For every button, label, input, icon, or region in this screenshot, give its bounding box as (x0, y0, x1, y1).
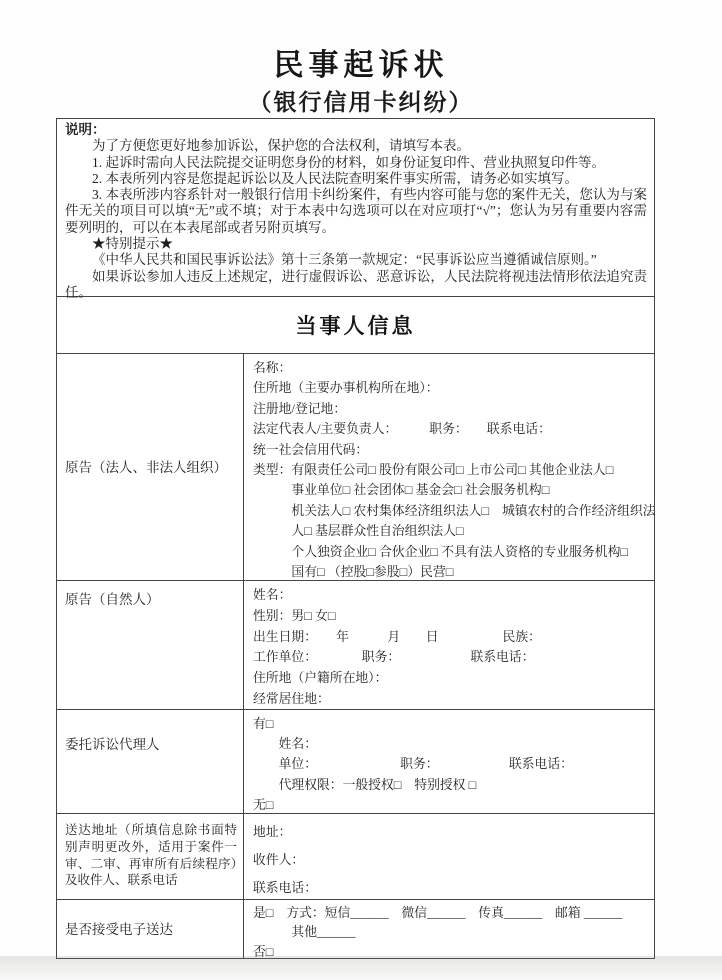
field-eservice-yes-methods: 是□ 方式：短信______ 微信______ 传真______ 邮箱 ____… (253, 904, 650, 923)
complaint-form-table: 说明： 为了方便您更好地参加诉讼，保护您的合法权利，请填写本表。 1. 起诉时需… (56, 118, 655, 959)
field-registered-address: 注册地/登记地： (253, 399, 650, 419)
special-notice-law-quote: 《中华人民共和国民事诉讼法》第十三条第一款规定：“民事诉讼应当遵循诚信原则。” (65, 252, 647, 268)
field-legal-representative: 法定代表人/主要负责人： 职务： 联系电话： (253, 419, 650, 439)
scan-shadow-artifact (0, 956, 722, 980)
field-habitual-residence: 经常居住地： (253, 689, 650, 709)
instructions-heading: 说明： (65, 122, 647, 138)
field-domicile: 住所地（主要办事机构所在地）： (253, 378, 650, 398)
row-content-electronic-service: 是□ 方式：短信______ 微信______ 传真______ 邮箱 ____… (244, 900, 654, 958)
field-eservice-other: 其他______ (253, 923, 650, 942)
section-header-party-info: 当事人信息 (57, 296, 654, 353)
field-org-type-line-4: 人□ 基层群众性自治组织法人□ (253, 521, 650, 541)
row-label-service-address: 送达地址（所填信息除书面特别声明更改外，适用于案件一审、二审、再审所有后续程序）… (57, 814, 244, 899)
row-label-litigation-agent: 委托诉讼代理人 (57, 710, 244, 813)
field-agent-authority: 代理权限：一般授权□ 特别授权 □ (253, 775, 650, 795)
instructions-paragraph-2: 2. 本表所列内容是您提起诉讼以及人民法院查明案件事实所需，请务必如实填写。 (65, 171, 647, 187)
field-gender: 性别：男□ 女□ (253, 606, 650, 627)
field-credit-code: 统一社会信用代码： (253, 440, 650, 460)
field-org-type-line-2: 事业单位□ 社会团体□ 基金会□ 社会服务机构□ (253, 480, 650, 500)
row-label-plaintiff-organization: 原告（法人、非法人组织） (57, 354, 244, 580)
row-content-plaintiff-natural-person: 姓名： 性别：男□ 女□ 出生日期： 年 月 日 民族： 工作单位： 职务： 联… (244, 581, 654, 709)
document-page: 民事起诉状 （银行信用卡纠纷） 说明： 为了方便您更好地参加诉讼，保护您的合法权… (0, 0, 722, 980)
row-content-service-address: 地址： 收件人： 联系电话： (244, 814, 654, 899)
field-service-phone: 联系电话： (253, 874, 650, 899)
field-org-type-line-6: 国有□ （控股□参股□）民营□ (253, 562, 650, 580)
field-service-address: 地址： (253, 818, 650, 846)
instructions-paragraph-intro: 为了方便您更好地参加诉讼，保护您的合法权利，请填写本表。 (65, 138, 647, 154)
row-litigation-agent: 委托诉讼代理人 有□ 姓名： 单位： 职务： 联系电话： 代理权限：一般授权□ … (57, 709, 654, 813)
field-agent-name: 姓名： (253, 734, 650, 754)
document-title: 民事起诉状 (0, 40, 722, 84)
field-employer-position-phone: 工作单位： 职务： 联系电话： (253, 647, 650, 668)
instructions-paragraph-1: 1. 起诉时需向人民法院提交证明您身份的材料，如身份证复印件、营业执照复印件等。 (65, 155, 647, 171)
field-org-type-line-3: 机关法人□ 农村集体经济组织法人□ 城镇农村的合作经济组织法 (253, 501, 650, 521)
row-content-plaintiff-organization: 名称： 住所地（主要办事机构所在地）： 注册地/登记地： 法定代表人/主要负责人… (244, 354, 654, 580)
row-label-electronic-service: 是否接受电子送达 (57, 900, 244, 958)
instructions-paragraph-3: 3. 本表所涉内容系针对一般银行信用卡纠纷案件，有些内容可能与您的案件无关，您认… (65, 187, 647, 236)
row-service-address: 送达地址（所填信息除书面特别声明更改外，适用于案件一审、二审、再审所有后续程序）… (57, 813, 654, 899)
field-agent-none: 无□ (253, 795, 650, 813)
special-notice-heading: ★特别提示★ (65, 236, 647, 252)
field-person-domicile: 住所地（户籍所在地）： (253, 668, 650, 689)
row-plaintiff-natural-person: 原告（自然人） 姓名： 性别：男□ 女□ 出生日期： 年 月 日 民族： 工作单… (57, 580, 654, 709)
row-electronic-service: 是否接受电子送达 是□ 方式：短信______ 微信______ 传真_____… (57, 899, 654, 958)
row-label-plaintiff-natural-person: 原告（自然人） (57, 581, 244, 709)
field-org-type-line-5: 个人独资企业□ 合伙企业□ 不具有法人资格的专业服务机构□ (253, 542, 650, 562)
instructions-box: 说明： 为了方便您更好地参加诉讼，保护您的合法权利，请填写本表。 1. 起诉时需… (57, 119, 654, 296)
field-agent-yes: 有□ (253, 714, 650, 734)
field-birthdate-ethnicity: 出生日期： 年 月 日 民族： (253, 627, 650, 648)
field-person-name: 姓名： (253, 585, 650, 606)
document-subtitle: （银行信用卡纠纷） (0, 84, 722, 117)
field-org-type-line-1: 类型：有限责任公司□ 股份有限公司□ 上市公司□ 其他企业法人□ (253, 460, 650, 480)
row-plaintiff-organization: 原告（法人、非法人组织） 名称： 住所地（主要办事机构所在地）： 注册地/登记地… (57, 353, 654, 580)
field-agent-unit-position-phone: 单位： 职务： 联系电话： (253, 754, 650, 774)
field-service-recipient: 收件人： (253, 846, 650, 874)
field-name: 名称： (253, 358, 650, 378)
row-content-litigation-agent: 有□ 姓名： 单位： 职务： 联系电话： 代理权限：一般授权□ 特别授权 □ 无… (244, 710, 654, 813)
field-eservice-no: 否□ (253, 943, 650, 958)
